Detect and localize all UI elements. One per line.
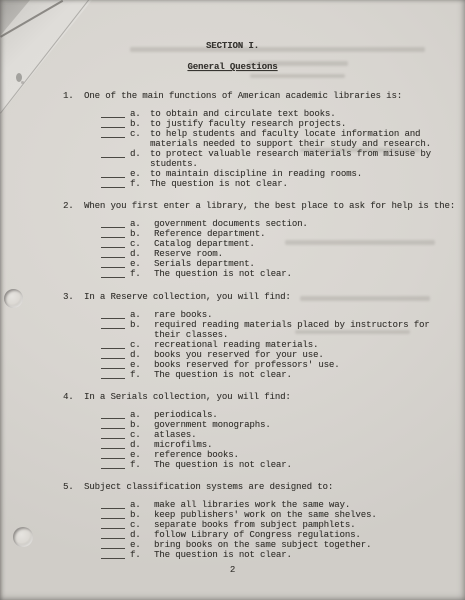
option-row: a.government documents section. [101, 219, 443, 229]
option-row: c.recreational reading materials. [101, 340, 443, 350]
option-row: f.The question is not clear. [101, 460, 443, 470]
answer-blank [101, 440, 125, 449]
option-row: c.Catalog department. [101, 239, 443, 249]
option-letter: e. [130, 450, 154, 460]
answer-blank [101, 500, 125, 509]
option-text: keep publishers' work on the same shelve… [154, 510, 443, 520]
option-letter: b. [130, 320, 154, 330]
option-letter: c. [130, 430, 154, 440]
answer-blank [101, 460, 125, 469]
option-letter: b. [130, 119, 150, 129]
answer-blank [101, 219, 125, 228]
option-row: b.government monographs. [101, 420, 443, 430]
question-block-4: 4. In a Serials collection, you will fin… [63, 392, 443, 470]
option-letter: f. [130, 370, 154, 380]
option-row: f.The question is not clear. [101, 370, 443, 380]
option-row: c.separate books from subject pamphlets. [101, 520, 443, 530]
option-row: d.to protect valuable research materials… [101, 149, 443, 169]
option-text: books you reserved for your use. [154, 350, 443, 360]
option-row: d.microfilms. [101, 440, 443, 450]
option-text: Reserve room. [154, 249, 443, 259]
question-block-1: 1. One of the main functions of American… [63, 91, 443, 189]
option-letter: a. [130, 500, 154, 510]
page-number: 2 [0, 565, 465, 575]
question-stem: 1. One of the main functions of American… [63, 91, 443, 101]
option-letter: e. [130, 360, 154, 370]
page-subtitle: General Questions [0, 62, 465, 72]
option-letter: a. [130, 109, 150, 119]
answer-blank [101, 169, 125, 178]
option-text: microfilms. [154, 440, 443, 450]
option-text: bring books on the same subject together… [154, 540, 443, 550]
answer-blank [101, 430, 125, 439]
answer-blank [101, 249, 125, 258]
question-stem-text: Subject classification systems are desig… [84, 482, 333, 492]
option-text: make all libraries work the same way. [154, 500, 443, 510]
option-row: e.bring books on the same subject togeth… [101, 540, 443, 550]
option-row: b.required reading materials placed by i… [101, 320, 443, 340]
option-row: f.The question is not clear. [101, 550, 443, 560]
option-letter: f. [130, 460, 154, 470]
answer-blank [101, 269, 125, 278]
options-list: a.periodicals. b.government monographs. … [101, 410, 443, 470]
answer-blank [101, 320, 125, 329]
answer-blank [101, 119, 125, 128]
options-list: a.make all libraries work the same way. … [101, 500, 443, 560]
question-stem-text: In a Reserve collection, you will find: [84, 292, 291, 302]
option-row: e.reference books. [101, 450, 443, 460]
option-text: atlases. [154, 430, 443, 440]
option-letter: f. [130, 269, 154, 279]
question-stem-text: When you first enter a library, the best… [84, 201, 455, 211]
question-number: 4. [63, 392, 84, 402]
answer-blank [101, 370, 125, 379]
option-letter: c. [130, 239, 154, 249]
option-letter: f. [130, 550, 154, 560]
answer-blank [101, 350, 125, 359]
option-row: c.atlases. [101, 430, 443, 440]
option-text: periodicals. [154, 410, 443, 420]
option-row: f.The question is not clear. [101, 179, 443, 189]
option-row: b.to justify faculty research projects. [101, 119, 443, 129]
question-number: 3. [63, 292, 84, 302]
answer-blank [101, 450, 125, 459]
answer-blank [101, 420, 125, 429]
answer-blank [101, 360, 125, 369]
answer-blank [101, 540, 125, 549]
answer-blank [101, 310, 125, 319]
bleed-through-line [250, 74, 345, 78]
option-row: b.keep publishers' work on the same shel… [101, 510, 443, 520]
option-row: a.periodicals. [101, 410, 443, 420]
option-text: to justify faculty research projects. [150, 119, 443, 129]
option-text: recreational reading materials. [154, 340, 443, 350]
option-letter: a. [130, 310, 154, 320]
answer-blank [101, 179, 125, 188]
option-letter: e. [130, 259, 154, 269]
option-row: a.to obtain and circulate text books. [101, 109, 443, 119]
options-list: a.to obtain and circulate text books. b.… [101, 109, 443, 189]
option-row: f.The question is not clear. [101, 269, 443, 279]
question-number: 1. [63, 91, 84, 101]
option-text: required reading materials placed by ins… [154, 320, 443, 340]
option-text: The question is not clear. [154, 550, 443, 560]
option-letter: e. [130, 540, 154, 550]
option-letter: d. [130, 249, 154, 259]
option-text: Reference department. [154, 229, 443, 239]
option-letter: d. [130, 530, 154, 540]
option-letter: d. [130, 149, 150, 159]
question-stem: 4. In a Serials collection, you will fin… [63, 392, 443, 402]
option-text: to obtain and circulate text books. [150, 109, 443, 119]
option-letter: f. [130, 179, 150, 189]
option-row: c.to help students and faculty locate in… [101, 129, 443, 149]
option-text: The question is not clear. [150, 179, 443, 189]
question-block-2: 2. When you first enter a library, the b… [63, 201, 443, 279]
option-text: books reserved for professors' use. [154, 360, 443, 370]
answer-blank [101, 109, 125, 118]
option-letter: a. [130, 219, 154, 229]
option-row: b.Reference department. [101, 229, 443, 239]
answer-blank [101, 340, 125, 349]
option-text: The question is not clear. [154, 269, 443, 279]
option-row: a.make all libraries work the same way. [101, 500, 443, 510]
option-text: reference books. [154, 450, 443, 460]
option-text: separate books from subject pamphlets. [154, 520, 443, 530]
answer-blank [101, 520, 125, 529]
option-text: rare books. [154, 310, 443, 320]
ink-speck [21, 81, 24, 84]
option-text: The question is not clear. [154, 460, 443, 470]
option-text: government documents section. [154, 219, 443, 229]
answer-blank [101, 149, 125, 158]
option-letter: b. [130, 229, 154, 239]
question-stem: 5. Subject classification systems are de… [63, 482, 443, 492]
option-letter: a. [130, 410, 154, 420]
section-title: SECTION I. [0, 41, 465, 51]
answer-blank [101, 410, 125, 419]
option-row: d.follow Library of Congress regulations… [101, 530, 443, 540]
answer-blank [101, 239, 125, 248]
option-row: e.to maintain discipline in reading room… [101, 169, 443, 179]
option-row: e.books reserved for professors' use. [101, 360, 443, 370]
option-row: d.Reserve room. [101, 249, 443, 259]
scanned-document-page: SECTION I. General Questions 1. One of t… [0, 0, 465, 600]
option-row: a.rare books. [101, 310, 443, 320]
question-stem: 2. When you first enter a library, the b… [63, 201, 443, 211]
option-text: The question is not clear. [154, 370, 443, 380]
options-list: a.government documents section. b.Refere… [101, 219, 443, 279]
question-number: 2. [63, 201, 84, 211]
option-letter: b. [130, 510, 154, 520]
answer-blank [101, 550, 125, 559]
options-list: a.rare books. b.required reading materia… [101, 310, 443, 380]
option-row: d.books you reserved for your use. [101, 350, 443, 360]
option-text: to maintain discipline in reading rooms. [150, 169, 443, 179]
option-text: to protect valuable research materials f… [150, 149, 443, 169]
option-text: to help students and faculty locate info… [150, 129, 443, 149]
option-row: e.Serials department. [101, 259, 443, 269]
option-letter: d. [130, 440, 154, 450]
question-stem-text: One of the main functions of American ac… [84, 91, 402, 101]
question-stem: 3. In a Reserve collection, you will fin… [63, 292, 443, 302]
option-letter: d. [130, 350, 154, 360]
option-letter: c. [130, 340, 154, 350]
question-block-5: 5. Subject classification systems are de… [63, 482, 443, 560]
answer-blank [101, 259, 125, 268]
option-letter: b. [130, 420, 154, 430]
option-letter: e. [130, 169, 150, 179]
option-letter: c. [130, 520, 154, 530]
answer-blank [101, 129, 125, 138]
option-text: government monographs. [154, 420, 443, 430]
question-number: 5. [63, 482, 84, 492]
option-text: Serials department. [154, 259, 443, 269]
option-letter: c. [130, 129, 150, 139]
question-block-3: 3. In a Reserve collection, you will fin… [63, 292, 443, 380]
option-text: follow Library of Congress regulations. [154, 530, 443, 540]
answer-blank [101, 229, 125, 238]
punch-hole-bottom [13, 527, 33, 547]
answer-blank [101, 530, 125, 539]
option-text: Catalog department. [154, 239, 443, 249]
question-stem-text: In a Serials collection, you will find: [84, 392, 291, 402]
punch-hole-top [4, 289, 23, 308]
answer-blank [101, 510, 125, 519]
